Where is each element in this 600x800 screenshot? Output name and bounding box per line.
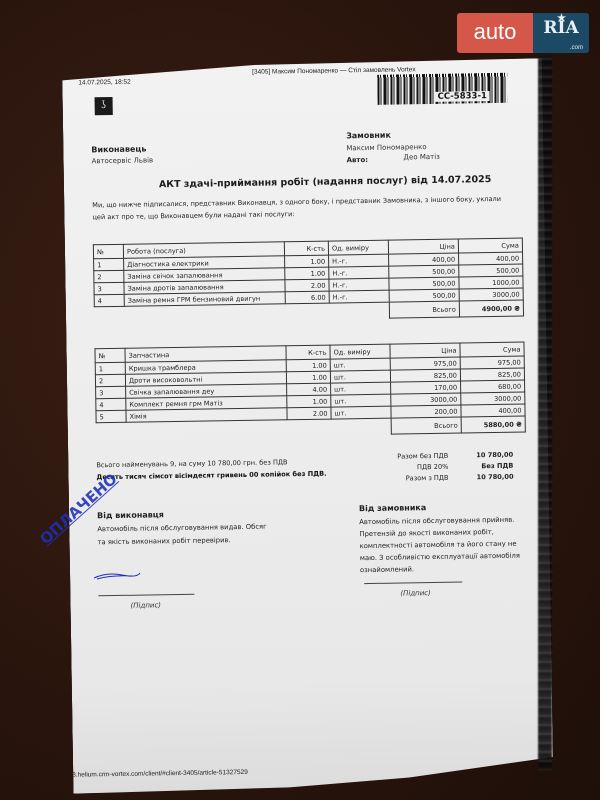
table-cell: 4 <box>94 294 124 306</box>
table-cell: 400,00 <box>459 252 523 265</box>
footer-url: hl3.helium.crm-vortex.com/client/#client… <box>67 769 248 779</box>
table-cell: 1.00 <box>286 359 330 372</box>
customer-block-text: Автомобіль після обслуговування прийняв.… <box>359 514 520 577</box>
table-cell: шт. <box>331 394 391 407</box>
table-cell: 975,00 <box>460 356 524 369</box>
autoria-logo-right: ★ RIA .com <box>533 13 589 53</box>
totals-block: Разом без ПДВ10 780,00ПДВ 20%Без ПДВРазо… <box>368 451 514 486</box>
table-cell: 1.00 <box>286 371 330 384</box>
totals-value: Без ПДВ <box>458 462 513 474</box>
table-cell: 500,00 <box>459 264 523 277</box>
contractor-name: Автосервіс Львів <box>91 156 153 165</box>
table-cell: 2 <box>95 374 125 386</box>
table-cell: 1.00 <box>285 255 329 268</box>
autoria-logo-domain: .com <box>570 44 583 52</box>
company-logo-icon: ʖ <box>95 97 113 115</box>
contractor-block-title: Від виконавця <box>97 510 164 520</box>
table-cell: 400,00 <box>389 253 459 266</box>
table-cell: 5 <box>96 410 126 422</box>
table-cell: 825,00 <box>390 369 460 382</box>
total-label: Всього <box>391 417 461 434</box>
car-value: Деo Матіз <box>403 153 439 162</box>
total-value: 4900,00 ₴ <box>459 300 523 317</box>
table-cell: 1.00 <box>285 267 329 280</box>
table-cell: 200,00 <box>391 405 461 418</box>
car-label: Авто: <box>346 156 368 164</box>
table-cell: 4.00 <box>287 383 331 396</box>
total-label: Всього <box>389 301 459 318</box>
table-cell: 170,00 <box>391 381 461 394</box>
column-header: К-сть <box>286 345 330 360</box>
table-cell: 1 <box>94 258 124 270</box>
parts-table: №ЗапчастинаК-стьОд. виміруЦінаСума1Кришк… <box>94 342 525 440</box>
amount-in-words: Десять тисяч сімсот вісімдесят гривень 0… <box>96 470 326 482</box>
customer-label: Замовник <box>346 131 391 141</box>
table-cell: шт. <box>331 382 391 395</box>
blank-cell <box>94 302 389 323</box>
total-value: 5880,00 ₴ <box>461 416 525 433</box>
table-cell: 3 <box>94 282 124 294</box>
table-cell: 825,00 <box>460 368 524 381</box>
contractor-signature-caption: (Підпис) <box>130 601 161 609</box>
column-header: Сума <box>458 238 522 253</box>
totals-value: 10 780,00 <box>458 451 513 463</box>
star-icon: ★ <box>557 4 566 34</box>
customer-name: Максим Пономаренко <box>346 143 426 152</box>
table-cell: 500,00 <box>389 265 459 278</box>
table-cell: 3000,00 <box>459 288 523 301</box>
table-cell: 3000,00 <box>391 393 461 406</box>
table-cell: 1 <box>95 362 125 374</box>
paper-torn-edge <box>538 55 552 770</box>
column-header: К-сть <box>284 241 328 256</box>
table-cell: шт. <box>330 370 390 383</box>
column-header: № <box>95 348 125 362</box>
table-cell: 3 <box>96 386 126 398</box>
totals-row: Разом з ПДВ10 780,00 <box>368 473 513 486</box>
table-cell: 400,00 <box>461 404 525 417</box>
table-cell: 975,00 <box>390 357 460 370</box>
table-cell: 1000,00 <box>459 276 523 289</box>
table-cell: 500,00 <box>389 277 459 290</box>
table-cell: шт. <box>330 358 390 371</box>
barcode-code: CC-5833-1 <box>434 91 489 102</box>
column-header: Од. виміру <box>328 240 388 255</box>
column-header: Ціна <box>388 239 458 254</box>
table-cell: Н.-г. <box>329 278 389 291</box>
document-title: АКТ здачі-приймання робіт (надання послу… <box>159 174 492 190</box>
column-header: Од. виміру <box>330 344 390 359</box>
customer-block-title: Від замовника <box>359 503 426 513</box>
table-cell: 1.00 <box>287 395 331 408</box>
table-cell: 2.00 <box>285 279 329 292</box>
signature-scribble-icon <box>92 570 142 580</box>
contractor-signature-line <box>98 594 194 597</box>
table-cell: Н.-г. <box>329 290 389 303</box>
works-table: №Робота (послуга)К-стьОд. виміруЦінаСума… <box>93 238 524 324</box>
document-sheet: 14.07.2025, 18:52 [3405] Максим Пономаре… <box>62 58 553 793</box>
table-cell: 2.00 <box>287 407 331 420</box>
table-cell: шт. <box>331 406 391 419</box>
column-header: № <box>93 244 123 258</box>
table-cell: 3000,00 <box>461 392 525 405</box>
table-cell: 680,00 <box>461 380 525 393</box>
print-datetime: 14.07.2025, 18:52 <box>78 79 131 87</box>
table-cell: Н.-г. <box>329 254 389 267</box>
customer-signature-line <box>364 582 462 585</box>
contractor-block-line2: та якість виконаних робіт перевірив. <box>97 534 230 548</box>
customer-block-line: маю. З особливістю експлуатації автомобі… <box>360 550 520 565</box>
autoria-watermark: auto ★ RIA .com <box>457 13 589 53</box>
column-header: Сума <box>460 342 524 357</box>
totals-value: 10 780,00 <box>458 473 513 485</box>
table-cell: Н.-г. <box>329 266 389 279</box>
contractor-label: Виконавець <box>91 144 146 154</box>
table-cell: 500,00 <box>389 289 459 302</box>
totals-label: Разом з ПДВ <box>368 474 458 486</box>
column-header: Ціна <box>390 343 460 358</box>
customer-block-line: ознайомлений. <box>360 562 520 577</box>
table-cell: 4 <box>96 398 126 410</box>
table-cell: 6.00 <box>285 291 329 304</box>
contractor-block-line1: Автомобіль після обслуговування видав. О… <box>97 521 267 536</box>
autoria-logo-left: auto <box>457 13 533 53</box>
table-cell: 2 <box>94 270 124 282</box>
customer-signature-caption: (Підпис) <box>400 589 431 597</box>
blank-cell <box>96 418 391 439</box>
items-summary: Всього найменувань 9, на суму 10 780,00 … <box>96 458 287 469</box>
intro-text: Ми, що нижче підписалися, представник Ви… <box>92 193 512 224</box>
